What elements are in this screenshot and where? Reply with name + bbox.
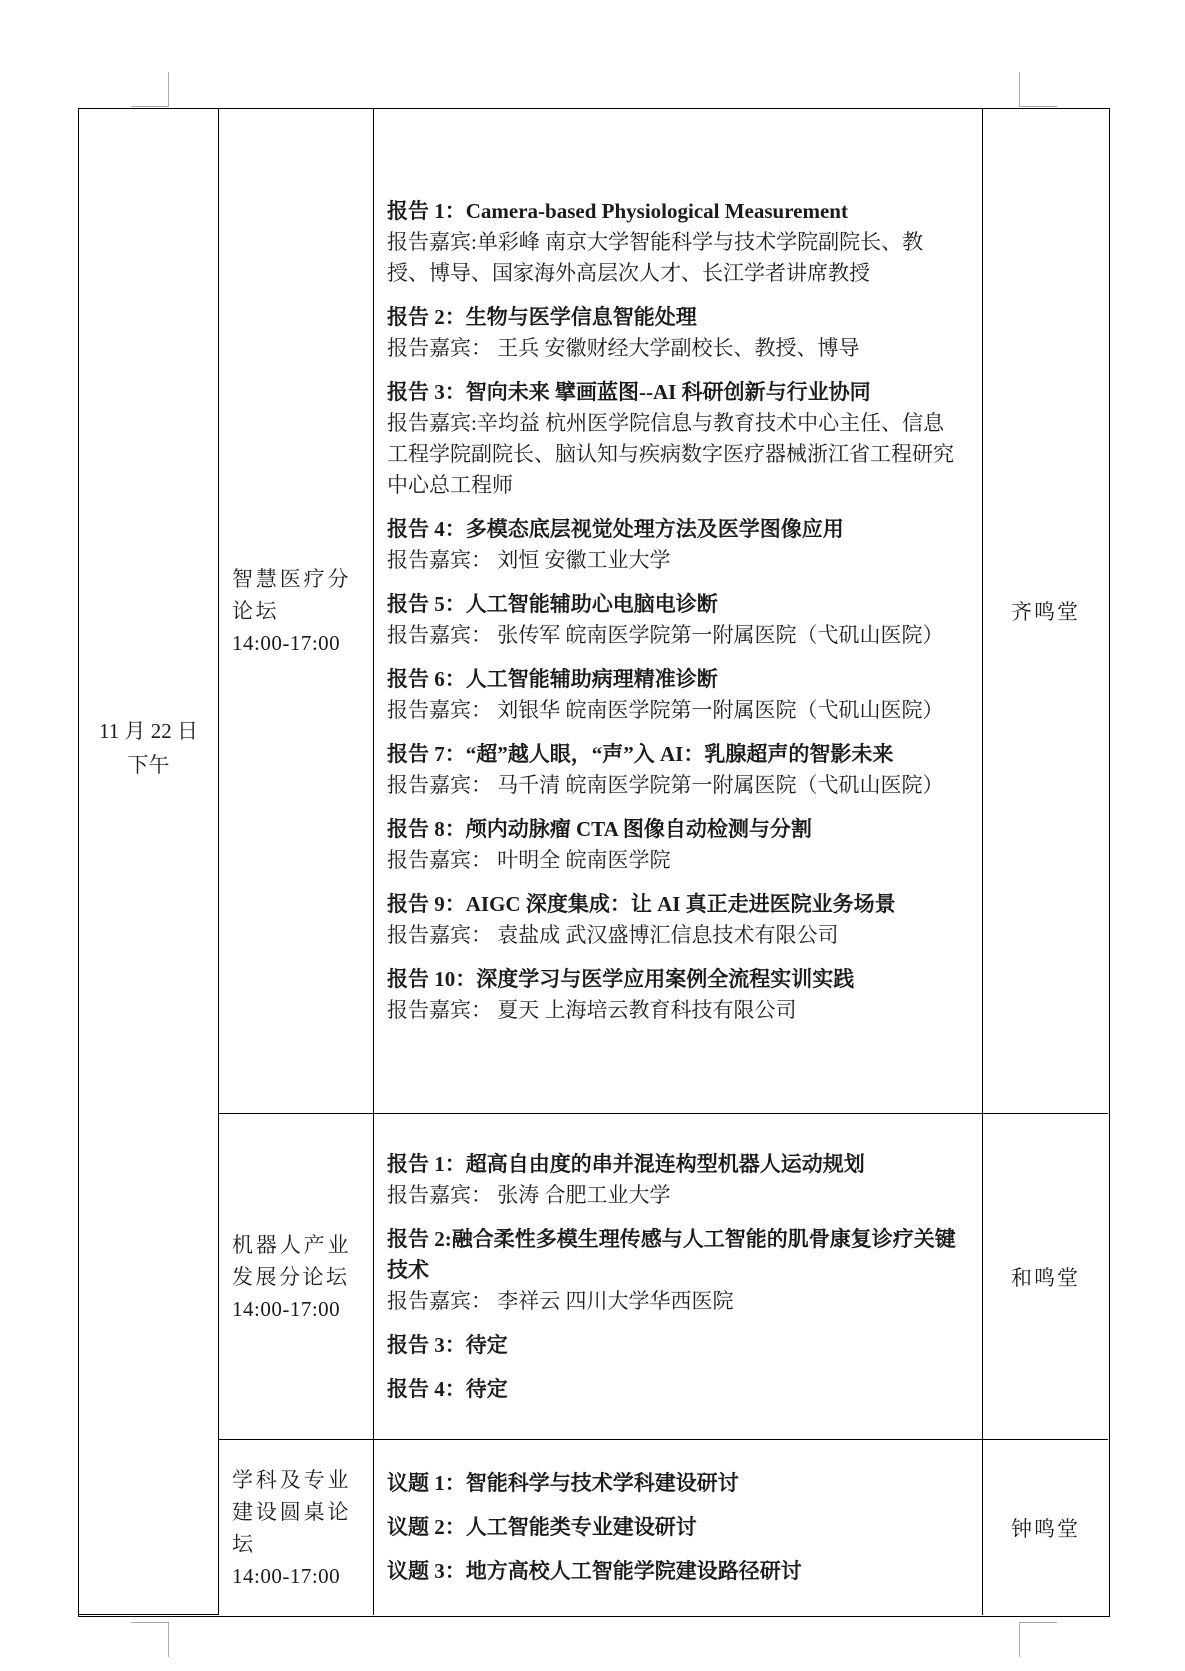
content-cell-smart-medical: 报告 1：Camera-based Physiological Measurem…: [374, 109, 983, 1114]
crop-mark-bottom-left: [131, 1622, 169, 1657]
talk-guest: 报告嘉宾： 王兵 安徽财经大学副校长、教授、博导: [387, 333, 960, 364]
talk-item: 报告 2:融合柔性多模生理传感与人工智能的肌骨康复诊疗关键技术报告嘉宾： 李祥云…: [387, 1224, 960, 1317]
talk-item: 报告 7：“超”越人眼，“声”入 AI：乳腺超声的智影未来报告嘉宾： 马千清 皖…: [387, 739, 960, 801]
talk-title: 报告 4：待定: [387, 1374, 960, 1405]
talk-guest: 报告嘉宾： 袁盐成 武汉盛博汇信息技术有限公司: [387, 920, 960, 951]
schedule-table: 11 月 22 日 下午 智慧医疗分论坛 14:00-17:00 报告 1：Ca…: [78, 108, 1110, 1617]
session-time: 14:00-17:00: [232, 627, 373, 659]
talk-title: 报告 1：超高自由度的串并混连构型机器人运动规划: [387, 1149, 960, 1180]
talk-title: 报告 9：AIGC 深度集成：让 AI 真正走进医院业务场景: [387, 889, 960, 920]
venue-name: 齐鸣堂: [1011, 596, 1080, 626]
crop-mark-bottom-right: [1019, 1622, 1057, 1657]
talk-title: 报告 3：待定: [387, 1330, 960, 1361]
session-time: 14:00-17:00: [232, 1293, 373, 1325]
session-name: 学科及专业建设圆桌论坛: [232, 1464, 351, 1560]
session-name: 智慧医疗分论坛: [232, 563, 351, 627]
talk-item: 报告 3：待定: [387, 1330, 960, 1361]
talk-item: 议题 3：地方高校人工智能学院建设路径研讨: [387, 1556, 960, 1587]
talk-item: 议题 1：智能科学与技术学科建设研讨: [387, 1468, 960, 1499]
content-cell-roundtable: 议题 1：智能科学与技术学科建设研讨议题 2：人工智能类专业建设研讨议题 3：地…: [374, 1440, 983, 1615]
venue-cell-1: 齐鸣堂: [983, 109, 1108, 1114]
talk-guest: 报告嘉宾： 张涛 合肥工业大学: [387, 1180, 960, 1211]
crop-mark-top-right: [1019, 72, 1057, 107]
talk-item: 报告 4：待定: [387, 1374, 960, 1405]
session-time: 14:00-17:00: [232, 1560, 373, 1592]
date-cell: 11 月 22 日 下午: [79, 109, 219, 1615]
session-cell-roundtable: 学科及专业建设圆桌论坛 14:00-17:00: [219, 1440, 374, 1615]
venue-cell-2: 和鸣堂: [983, 1114, 1108, 1440]
talk-title: 报告 7：“超”越人眼，“声”入 AI：乳腺超声的智影未来: [387, 739, 960, 770]
talk-title: 报告 2:融合柔性多模生理传感与人工智能的肌骨康复诊疗关键技术: [387, 1224, 960, 1286]
talk-guest: 报告嘉宾： 马千清 皖南医学院第一附属医院（弋矶山医院）: [387, 770, 960, 801]
talk-item: 报告 10：深度学习与医学应用案例全流程实训实践报告嘉宾： 夏天 上海培云教育科…: [387, 964, 960, 1026]
session-name: 机器人产业发展分论坛: [232, 1229, 351, 1293]
talk-title: 报告 10：深度学习与医学应用案例全流程实训实践: [387, 964, 960, 995]
talk-item: 报告 1：Camera-based Physiological Measurem…: [387, 196, 960, 289]
document-page: 11 月 22 日 下午 智慧医疗分论坛 14:00-17:00 报告 1：Ca…: [0, 0, 1185, 1671]
talk-guest: 报告嘉宾： 张传军 皖南医学院第一附属医院（弋矶山医院）: [387, 620, 960, 651]
talk-title: 议题 3：地方高校人工智能学院建设路径研讨: [387, 1556, 960, 1587]
session-cell-robot-industry: 机器人产业发展分论坛 14:00-17:00: [219, 1114, 374, 1440]
talk-item: 报告 1：超高自由度的串并混连构型机器人运动规划报告嘉宾： 张涛 合肥工业大学: [387, 1149, 960, 1211]
talk-item: 报告 2：生物与医学信息智能处理报告嘉宾： 王兵 安徽财经大学副校长、教授、博导: [387, 302, 960, 364]
venue-cell-3: 钟鸣堂: [983, 1440, 1108, 1615]
talk-title: 报告 1：Camera-based Physiological Measurem…: [387, 196, 960, 227]
talk-item: 报告 6：人工智能辅助病理精准诊断报告嘉宾： 刘银华 皖南医学院第一附属医院（弋…: [387, 664, 960, 726]
talk-item: 报告 9：AIGC 深度集成：让 AI 真正走进医院业务场景报告嘉宾： 袁盐成 …: [387, 889, 960, 951]
talk-item: 报告 8：颅内动脉瘤 CTA 图像自动检测与分割报告嘉宾： 叶明全 皖南医学院: [387, 814, 960, 876]
talk-item: 报告 3：智向未来 擘画蓝图--AI 科研创新与行业协同报告嘉宾:辛均益 杭州医…: [387, 377, 960, 501]
talk-guest: 报告嘉宾:单彩峰 南京大学智能科学与技术学院副院长、教授、博导、国家海外高层次人…: [387, 227, 960, 289]
date-line2: 下午: [128, 748, 170, 782]
talk-title: 议题 1：智能科学与技术学科建设研讨: [387, 1468, 960, 1499]
venue-name: 和鸣堂: [1011, 1262, 1080, 1292]
session-cell-smart-medical: 智慧医疗分论坛 14:00-17:00: [219, 109, 374, 1114]
talk-guest: 报告嘉宾： 叶明全 皖南医学院: [387, 845, 960, 876]
talk-guest: 报告嘉宾： 夏天 上海培云教育科技有限公司: [387, 995, 960, 1026]
talk-title: 报告 2：生物与医学信息智能处理: [387, 302, 960, 333]
talk-title: 报告 6：人工智能辅助病理精准诊断: [387, 664, 960, 695]
talk-guest: 报告嘉宾:辛均益 杭州医学院信息与教育技术中心主任、信息工程学院副院长、脑认知与…: [387, 408, 960, 501]
talk-item: 报告 5：人工智能辅助心电脑电诊断报告嘉宾： 张传军 皖南医学院第一附属医院（弋…: [387, 589, 960, 651]
talk-item: 报告 4：多模态底层视觉处理方法及医学图像应用报告嘉宾： 刘恒 安徽工业大学: [387, 514, 960, 576]
crop-mark-top-left: [131, 72, 169, 107]
talk-title: 报告 3：智向未来 擘画蓝图--AI 科研创新与行业协同: [387, 377, 960, 408]
talk-item: 议题 2：人工智能类专业建设研讨: [387, 1512, 960, 1543]
date-line1: 11 月 22 日: [99, 714, 198, 748]
content-cell-robot-industry: 报告 1：超高自由度的串并混连构型机器人运动规划报告嘉宾： 张涛 合肥工业大学报…: [374, 1114, 983, 1440]
talk-title: 报告 5：人工智能辅助心电脑电诊断: [387, 589, 960, 620]
talk-guest: 报告嘉宾： 刘恒 安徽工业大学: [387, 545, 960, 576]
talk-guest: 报告嘉宾： 李祥云 四川大学华西医院: [387, 1286, 960, 1317]
talk-title: 报告 8：颅内动脉瘤 CTA 图像自动检测与分割: [387, 814, 960, 845]
talk-title: 议题 2：人工智能类专业建设研讨: [387, 1512, 960, 1543]
talk-title: 报告 4：多模态底层视觉处理方法及医学图像应用: [387, 514, 960, 545]
venue-name: 钟鸣堂: [1011, 1513, 1080, 1543]
talk-guest: 报告嘉宾： 刘银华 皖南医学院第一附属医院（弋矶山医院）: [387, 695, 960, 726]
